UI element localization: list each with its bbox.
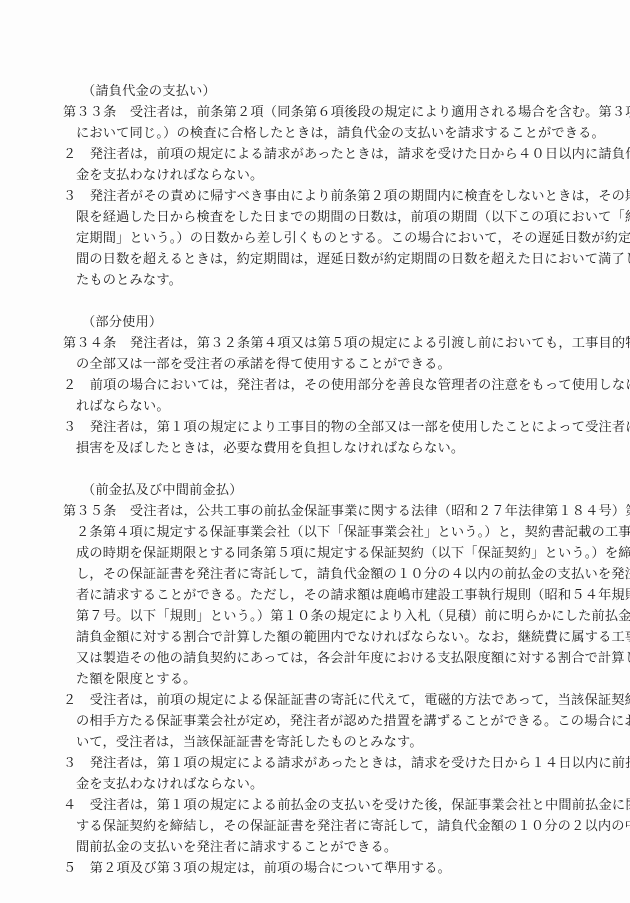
article-line: ３ 発注者がその責めに帰すべき事由により前条第２項の期間内に検査をしないときは，… <box>63 187 630 207</box>
article-line: の全部又は一部を受注者の承諾を得て使用することができる。 <box>76 355 451 375</box>
article-line: ２ 発注者は，前項の規定による請求があったときは，請求を受けた日から４０日以内に… <box>63 145 630 165</box>
article-line: ２ 前項の場合においては，発注者は，その使用部分を善良な管理者の注意をもって使用… <box>63 376 630 396</box>
article-line: 間前払金の支払いを発注者に請求することができる。 <box>76 838 397 858</box>
article-line: の相手方たる保証事業会社が定め，発注者が認めた措置を講ずることができる。この場合… <box>76 712 630 732</box>
article-line: ３ 発注者は，第１項の規定により工事目的物の全部又は一部を使用したことによって受… <box>63 418 630 438</box>
article-line: 第３４条 発注者は，第３２条第４項又は第５項の規定による引渡し前においても，工事… <box>63 334 630 354</box>
article-line: 限を経過した日から検査をした日までの期間の日数は，前項の期間（以下この項において… <box>76 208 630 228</box>
document-page: （請負代金の支払い） 第３３条 受注者は，前条第２項（同条第６項後段の規定により… <box>0 0 630 903</box>
article-line: いて，受注者は，当該保証証書を寄託したものとみなす。 <box>76 733 423 753</box>
article-line: 請負金額に対する割合で計算した額の範囲内でなければならない。なお，継続費に属する… <box>76 628 630 648</box>
article-line: た額を限度とする。 <box>76 670 197 690</box>
article-line: する保証契約を締結し，その保証証書を発注者に寄託して，請負代金額の１０分の２以内… <box>76 817 630 837</box>
article-line: において同じ。）の検査に合格したときは，請負代金の支払いを請求することができる。 <box>76 124 605 144</box>
article-line: 定期間」という。）の日数から差し引くものとする。この場合において，その遅延日数が… <box>76 229 630 249</box>
article-line: 金を支払わなければならない。 <box>76 166 263 186</box>
article-line: 間の日数を超えるときは，約定期間は，遅延日数が約定期間の日数を超えた日において満… <box>76 250 630 270</box>
article-line: 第３５条 受注者は，公共工事の前払金保証事業に関する法律（昭和２７年法律第１８４… <box>63 502 630 522</box>
article-line: 者に請求することができる。ただし，その請求額は鹿嶋市建設工事執行規則（昭和５４年… <box>76 586 630 606</box>
article-line: し，その保証証書を発注者に寄託して，請負代金額の１０分の４以内の前払金の支払いを… <box>76 565 630 585</box>
section-heading: （部分使用） <box>82 313 162 333</box>
section-heading: （請負代金の支払い） <box>82 82 216 102</box>
section-heading: （前金払及び中間前金払） <box>82 481 243 501</box>
article-line: ればならない。 <box>76 397 170 417</box>
article-line: 損害を及ぼしたときは，必要な費用を負担しなければならない。 <box>76 439 464 459</box>
article-line: 金を支払わなければならない。 <box>76 775 263 795</box>
article-line: ５ 第２項及び第３項の規定は，前項の場合について準用する。 <box>63 859 451 879</box>
article-line: たものとみなす。 <box>76 271 182 291</box>
article-line: ２条第４項に規定する保証事業会社（以下「保証事業会社」という。）と，契約書記載の… <box>76 523 630 543</box>
article-line: ４ 受注者は，第１項の規定による前払金の支払いを受けた後，保証事業会社と中間前払… <box>63 796 630 816</box>
article-line: 第３３条 受注者は，前条第２項（同条第６項後段の規定により適用される場合を含む。… <box>63 103 630 123</box>
article-line: ２ 受注者は，前項の規定による保証証書の寄託に代えて，電磁的方法であって，当該保… <box>63 691 630 711</box>
article-line: 成の時期を保証期限とする同条第５項に規定する保証契約（以下「保証契約」という。）… <box>76 544 630 564</box>
article-line: 第７号。以下「規則」という。）第１０条の規定により入札（見積）前に明らかにした前… <box>76 607 630 627</box>
article-line: 又は製造その他の請負契約にあっては，各会計年度における支払限度額に対する割合で計… <box>76 649 630 669</box>
article-line: ３ 発注者は，第１項の規定による請求があったときは，請求を受けた日から１４日以内… <box>63 754 630 774</box>
